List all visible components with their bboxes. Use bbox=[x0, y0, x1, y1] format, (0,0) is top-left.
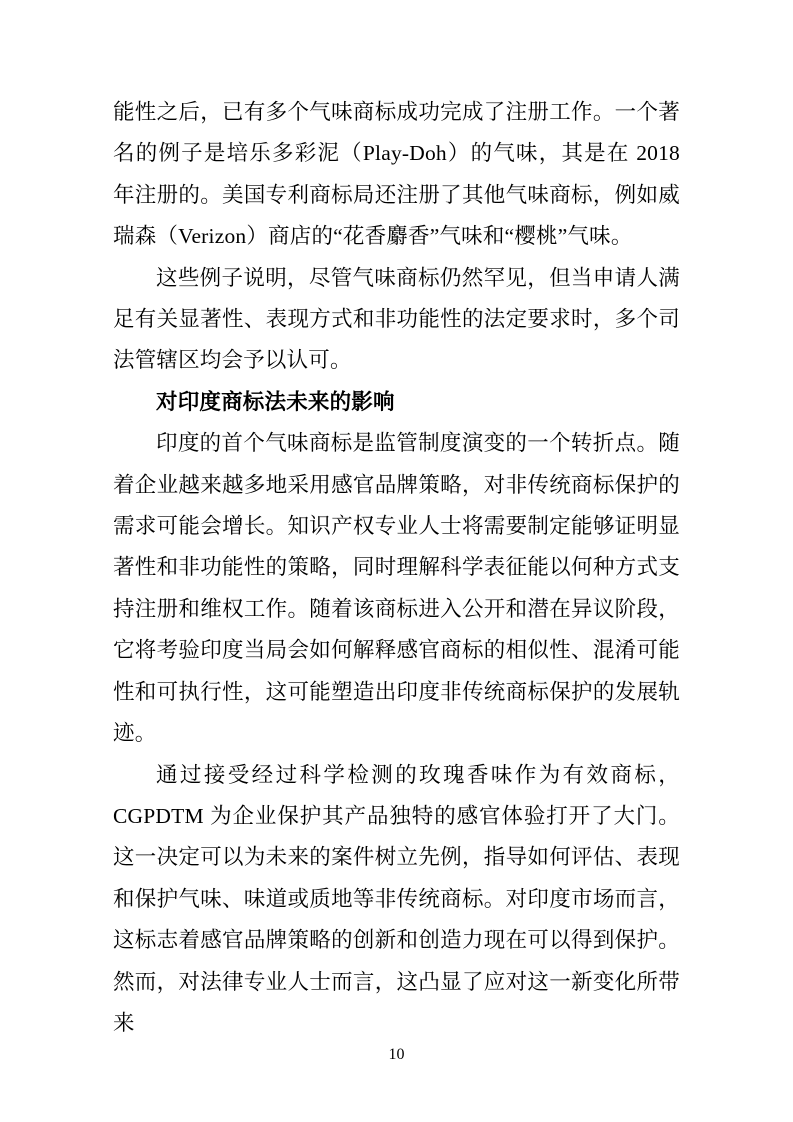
document-page: 能性之后，已有多个气味商标成功完成了注册工作。一个著名的例子是培乐多彩泥（Pla… bbox=[0, 0, 793, 1122]
paragraph-examples-summary: 这些例子说明，尽管气味商标仍然罕见，但当申请人满足有关显著性、表现方式和非功能性… bbox=[113, 258, 680, 382]
paragraph-cgpdtm-decision: 通过接受经过科学检测的玫瑰香味作为有效商标，CGPDTM 为企业保护其产品独特的… bbox=[113, 755, 680, 1045]
section-heading-impact-on-indian-trademark-law: 对印度商标法未来的影响 bbox=[113, 382, 680, 423]
page-number: 10 bbox=[0, 1046, 793, 1064]
paragraph-scent-trademark-examples: 能性之后，已有多个气味商标成功完成了注册工作。一个著名的例子是培乐多彩泥（Pla… bbox=[113, 92, 680, 258]
paragraph-india-first-scent-trademark: 印度的首个气味商标是监管制度演变的一个转折点。随着企业越来越多地采用感官品牌策略… bbox=[113, 423, 680, 754]
page-body: 能性之后，已有多个气味商标成功完成了注册工作。一个著名的例子是培乐多彩泥（Pla… bbox=[113, 92, 680, 1044]
